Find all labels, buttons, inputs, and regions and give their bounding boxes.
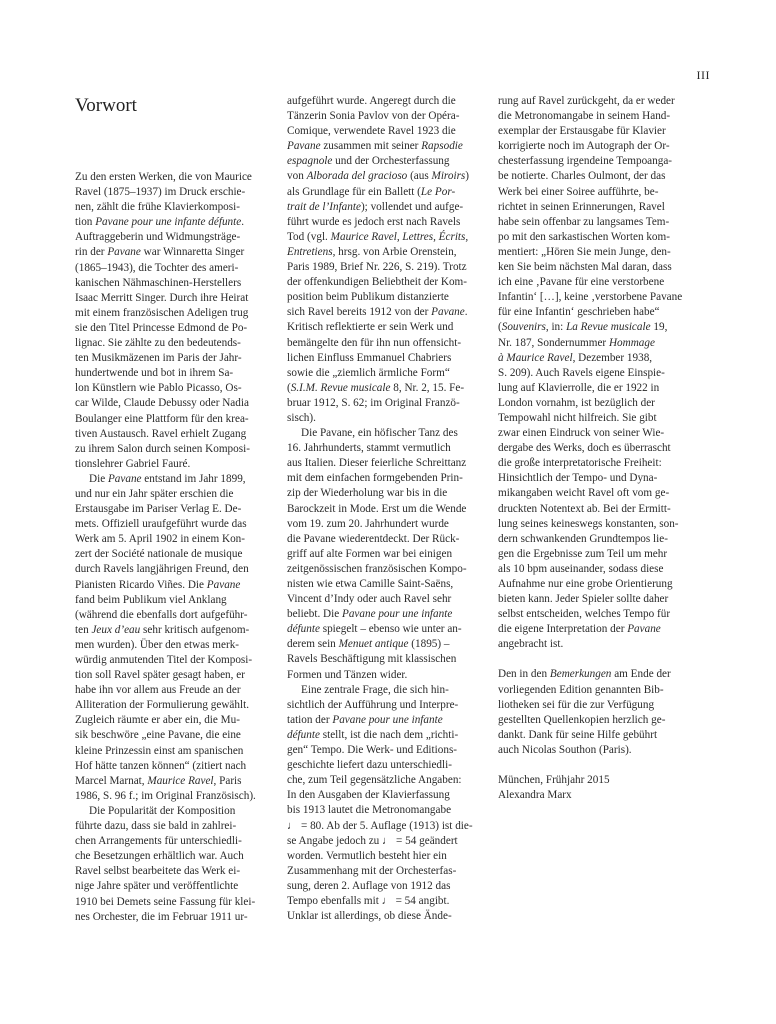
text-line: che Besetzungen erhältlich war. Auch bbox=[75, 849, 275, 864]
text-line: position beim Publikum distanzierte bbox=[287, 290, 487, 305]
text-line: und nur ein Jahr später erschien die bbox=[75, 487, 275, 502]
text-line: sichtlich der Aufführung und Interpre- bbox=[287, 698, 487, 713]
text-line: Comique, verwendete Ravel 1923 die bbox=[287, 124, 487, 139]
text-line: Aufnahme nur eine grobe Orientierung bbox=[498, 577, 702, 592]
page-title: Vorwort bbox=[75, 95, 137, 117]
text-line: selbst entscheiden, welches Tempo für bbox=[498, 607, 702, 622]
text-line: Vincent d’Indy oder auch Ravel sehr bbox=[287, 592, 487, 607]
text-line: che, zum Teil gegensätzliche Angaben: bbox=[287, 773, 487, 788]
text-line: nige Jahre später und veröffentlichte bbox=[75, 879, 275, 894]
text-line: zert der Société nationale de musique bbox=[75, 547, 275, 562]
text-line: mets. Offiziell uraufgeführt wurde das bbox=[75, 517, 275, 532]
text-line: angebracht ist. bbox=[498, 637, 702, 652]
text-line: aufgeführt wurde. Angeregt durch die bbox=[287, 94, 487, 109]
text-line: führt wurde es jedoch erst nach Ravels bbox=[287, 215, 487, 230]
text-line: die große interpretatorische Freiheit: bbox=[498, 456, 702, 471]
text-line: bruar 1912, S. 62; im Original Franzö- bbox=[287, 396, 487, 411]
text-line: tion soll Ravel später gesagt haben, er bbox=[75, 668, 275, 683]
text-line: Werk am 5. April 1902 in einem Kon- bbox=[75, 532, 275, 547]
text-line: Werk bei einer Soiree aufführte, be- bbox=[498, 185, 702, 200]
text-line: Erstausgabe im Pariser Verlag E. De- bbox=[75, 502, 275, 517]
text-line: ten Musikmäzenen im Paris der Jahr- bbox=[75, 351, 275, 366]
text-line: Nr. 187, Sondernummer Hommage bbox=[498, 336, 702, 351]
text-line: tionslehrer Gabriel Fauré. bbox=[75, 457, 275, 472]
text-line: aus Italien. Dieser feierliche Schreitta… bbox=[287, 456, 487, 471]
text-line: richtet in seinen Erinnerungen, Ravel bbox=[498, 200, 702, 215]
text-line: In den Ausgaben der Klavierfassung bbox=[287, 788, 487, 803]
text-line: mentiert: „Hören Sie mein Junge, den- bbox=[498, 245, 702, 260]
text-line: Paris 1989, Brief Nr. 226, S. 219). Trot… bbox=[287, 260, 487, 275]
text-line: Zu den ersten Werken, die von Maurice bbox=[75, 170, 275, 185]
text-line: Isaac Merritt Singer. Durch ihre Heirat bbox=[75, 291, 275, 306]
text-line: Die Pavane entstand im Jahr 1899, bbox=[75, 472, 275, 487]
text-line: nen, zählt die frühe Klavierkomposi- bbox=[75, 200, 275, 215]
text-line: lignac. Sie zählte zu den bedeutends- bbox=[75, 336, 275, 351]
text-line: beliebt. Die Pavane pour une infante bbox=[287, 607, 487, 622]
text-line: sie den Titel Princesse Edmond de Po- bbox=[75, 321, 275, 336]
text-line: (Souvenirs, in: La Revue musicale 19, bbox=[498, 320, 702, 335]
text-line: défunte spiegelt – ebenso wie unter an- bbox=[287, 622, 487, 637]
text-line: Den in den Bemerkungen am Ende der bbox=[498, 667, 702, 682]
text-line: durch Ravels langjährigen Freund, den bbox=[75, 562, 275, 577]
text-line: hundertwende und bot in ihrem Sa- bbox=[75, 366, 275, 381]
text-line: München, Frühjahr 2015 bbox=[498, 773, 702, 788]
text-line: auch Nicolas Southon (Paris). bbox=[498, 743, 702, 758]
text-line: Tänzerin Sonia Pavlov von der Opéra- bbox=[287, 109, 487, 124]
text-line: Entretiens, hrsg. von Arbie Orenstein, bbox=[287, 245, 487, 260]
text-line: London vornahm, ist bezüglich der bbox=[498, 396, 702, 411]
text-line: die eigene Interpretation der Pavane bbox=[498, 622, 702, 637]
text-line: dankt. Dank für seine Hilfe gebührt bbox=[498, 728, 702, 743]
text-line: Ravels Beschäftigung mit klassischen bbox=[287, 652, 487, 667]
text-line: Alliteration der Formulierung gewählt. bbox=[75, 698, 275, 713]
text-line: car Wilde, Claude Debussy oder Nadia bbox=[75, 396, 275, 411]
text-line: vorliegenden Edition genannten Bib- bbox=[498, 683, 702, 698]
text-line: habe sein offenbar zu langsames Tem- bbox=[498, 215, 702, 230]
text-line: Die Popularität der Komposition bbox=[75, 804, 275, 819]
text-line: ♩ = 80. Ab der 5. Auflage (1913) ist die… bbox=[287, 819, 487, 834]
text-line: von Alborada del gracioso (aus Miroirs) bbox=[287, 169, 487, 184]
text-line: rin der Pavane war Winnaretta Singer bbox=[75, 245, 275, 260]
text-line: bieten kann. Jeder Spieler sollte daher bbox=[498, 592, 702, 607]
text-line: kleine Prinzessin einst am spanischen bbox=[75, 744, 275, 759]
text-line: Infantin‘ […], keine ‚verstorbene Pavane bbox=[498, 290, 702, 305]
text-line: trait de l’Infante); vollendet und aufge… bbox=[287, 200, 487, 215]
text-line: dern schwankenden Grundtempos lie- bbox=[498, 532, 702, 547]
text-line: Barockzeit in Mode. Erst um die Wende bbox=[287, 502, 487, 517]
text-line: Die Pavane, ein höfischer Tanz des bbox=[287, 426, 487, 441]
text-line: zu ihrem Salon durch seinen Komposi- bbox=[75, 442, 275, 457]
text-line: chen Arrangements für unterschiedli- bbox=[75, 834, 275, 849]
text-line: (1865–1943), die Tochter des ameri- bbox=[75, 261, 275, 276]
text-line: sung, deren 2. Auflage von 1912 das bbox=[287, 879, 487, 894]
text-line: gen die Ergebnisse zum Teil um mehr bbox=[498, 547, 702, 562]
text-line: 16. Jahrhunderts, stammt vermutlich bbox=[287, 441, 487, 456]
text-line: gestellten Quellenkopien herzlich ge- bbox=[498, 713, 702, 728]
text-line: gen“ Tempo. Die Werk- und Editions- bbox=[287, 743, 487, 758]
text-line: liotheken sei für die zur Verfügung bbox=[498, 698, 702, 713]
text-line: sowie die „ziemlich ärmliche Form“ bbox=[287, 366, 487, 381]
text-line: zeitgenössischen französischen Kompo- bbox=[287, 562, 487, 577]
text-line: lung seines keineswegs konstanten, son- bbox=[498, 517, 702, 532]
text-line: tation der Pavane pour une infante bbox=[287, 713, 487, 728]
text-line: sisch). bbox=[287, 411, 487, 426]
text-line: (S.I.M. Revue musicale 8, Nr. 2, 15. Fe- bbox=[287, 381, 487, 396]
text-line: für eine Infantin‘ geschrieben habe“ bbox=[498, 305, 702, 320]
text-column-2: aufgeführt wurde. Angeregt durch dieTänz… bbox=[287, 94, 487, 924]
text-line: Zusammenhang mit der Orchesterfas- bbox=[287, 864, 487, 879]
text-line: habe ihn vor allem aus Freude an der bbox=[75, 683, 275, 698]
text-line: Tod (vgl. Maurice Ravel, Lettres, Écrits… bbox=[287, 230, 487, 245]
text-line: lung auf Klavierrolle, die er 1922 in bbox=[498, 381, 702, 396]
text-line: mit dem einfachen formgebenden Prin- bbox=[287, 471, 487, 486]
text-line: würdig anmutenden Titel der Komposi- bbox=[75, 653, 275, 668]
text-line: 1986, S. 96 f.; im Original Französisch)… bbox=[75, 789, 275, 804]
text-line: druckten Notentext ab. Bei der Ermitt- bbox=[498, 502, 702, 517]
text-line: lichen Einfluss Emmanuel Chabriers bbox=[287, 351, 487, 366]
text-line: Unklar ist allerdings, ob diese Ände- bbox=[287, 909, 487, 924]
text-line: kanischen Nähmaschinen-Herstellers bbox=[75, 276, 275, 291]
text-line: sich Ravel bereits 1912 von der Pavane. bbox=[287, 305, 487, 320]
text-line: mikangaben weicht Ravel oft vom ge- bbox=[498, 486, 702, 501]
text-line: Formen und Tänzen wider. bbox=[287, 668, 487, 683]
text-line: korrigierte noch im Autograph der Or- bbox=[498, 139, 702, 154]
text-line: der offenkundigen Beliebtheit der Kom- bbox=[287, 275, 487, 290]
text-line: Tempo ebenfalls mit ♩ = 54 angibt. bbox=[287, 894, 487, 909]
text-line: führte dazu, dass sie bald in zahlrei- bbox=[75, 819, 275, 834]
text-line: geschichte liefert dazu unterschiedli- bbox=[287, 758, 487, 773]
text-column-3: rung auf Ravel zurückgeht, da er wederdi… bbox=[498, 94, 702, 803]
text-line: Marcel Marnat, Maurice Ravel, Paris bbox=[75, 774, 275, 789]
text-line: griff auf alte Formen war bei einigen bbox=[287, 547, 487, 562]
text-line: worden. Vermutlich besteht hier ein bbox=[287, 849, 487, 864]
text-line: dergabe des Werks, doch es überrascht bbox=[498, 441, 702, 456]
text-line: Ravel selbst bearbeitete das Werk ei- bbox=[75, 864, 275, 879]
text-line: lon Künstlern wie Pablo Picasso, Os- bbox=[75, 381, 275, 396]
text-line: espagnole und der Orchesterfassung bbox=[287, 154, 487, 169]
text-line: die Pavane wiederentdeckt. Der Rück- bbox=[287, 532, 487, 547]
text-column-1: Zu den ersten Werken, die von MauriceRav… bbox=[75, 170, 275, 925]
text-line: Ravel (1875–1937) im Druck erschie- bbox=[75, 185, 275, 200]
text-line: Zugleich räumte er aber ein, die Mu- bbox=[75, 713, 275, 728]
text-line: rung auf Ravel zurückgeht, da er weder bbox=[498, 94, 702, 109]
text-line: Auftraggeberin und Widmungsträge- bbox=[75, 230, 275, 245]
text-line: Kritisch reflektierte er sein Werk und bbox=[287, 320, 487, 335]
text-line: nes Orchester, die im Februar 1911 ur- bbox=[75, 910, 275, 925]
text-line: ken Sie beim nächsten Mal daran, dass bbox=[498, 260, 702, 275]
text-line: men wurden). Über den etwas merk- bbox=[75, 638, 275, 653]
text-line: à Maurice Ravel, Dezember 1938, bbox=[498, 351, 702, 366]
text-line: be notierte. Charles Oulmont, der das bbox=[498, 169, 702, 184]
text-line: Eine zentrale Frage, die sich hin- bbox=[287, 683, 487, 698]
text-line: exemplar der Erstausgabe für Klavier bbox=[498, 124, 702, 139]
text-line: po mit den sarkastischen Worten kom- bbox=[498, 230, 702, 245]
text-line: vom 19. zum 20. Jahrhundert wurde bbox=[287, 517, 487, 532]
text-line: ten Jeux d’eau sehr kritisch aufgenom- bbox=[75, 623, 275, 638]
text-line: Boulanger eine Plattform für den krea- bbox=[75, 412, 275, 427]
text-line: S. 209). Auch Ravels eigene Einspie- bbox=[498, 366, 702, 381]
text-line: Hinsichtlich der Tempo- und Dyna- bbox=[498, 471, 702, 486]
text-line: Alexandra Marx bbox=[498, 788, 702, 803]
text-line: tiven Austausch. Ravel erhielt Zugang bbox=[75, 427, 275, 442]
page-number: III bbox=[697, 68, 711, 83]
text-line: bis 1913 lautet die Metronomangabe bbox=[287, 803, 487, 818]
text-line: tion Pavane pour une infante défunte. bbox=[75, 215, 275, 230]
text-line: als Grundlage für ein Ballett (Le Por- bbox=[287, 185, 487, 200]
text-line: Pianisten Ricardo Viñes. Die Pavane bbox=[75, 578, 275, 593]
text-line: sik beschwöre „eine Pavane, die eine bbox=[75, 728, 275, 743]
text-line: bemängelte den für ihn nun offensicht- bbox=[287, 336, 487, 351]
text-line: chesterfassung irgendeine Tempoanga- bbox=[498, 154, 702, 169]
text-line: Pavane zusammen mit seiner Rapsodie bbox=[287, 139, 487, 154]
text-line: zwar einen Eindruck von seiner Wie- bbox=[498, 426, 702, 441]
text-line: Tempowahl nicht hilfreich. Sie gibt bbox=[498, 411, 702, 426]
text-line: ich eine ‚Pavane für eine verstorbene bbox=[498, 275, 702, 290]
text-line: zip der Wiederholung war bis in die bbox=[287, 486, 487, 501]
text-line: fand beim Publikum viel Anklang bbox=[75, 593, 275, 608]
text-line: nisten wie etwa Camille Saint-Saëns, bbox=[287, 577, 487, 592]
text-line: mit einem französischen Adeligen trug bbox=[75, 306, 275, 321]
text-line: défunte stellt, ist die nach dem „richti… bbox=[287, 728, 487, 743]
text-line: die Metronomangabe in seinem Hand- bbox=[498, 109, 702, 124]
text-line: se Angabe jedoch zu ♩ = 54 geändert bbox=[287, 834, 487, 849]
text-line: (während die ebenfalls dort aufgeführ- bbox=[75, 608, 275, 623]
text-line: 1910 bei Demets seine Fassung für klei- bbox=[75, 895, 275, 910]
text-line: Hof hätte tanzen können“ (zitiert nach bbox=[75, 759, 275, 774]
text-line: derem sein Menuet antique (1895) – bbox=[287, 637, 487, 652]
text-line: als 10 bpm auseinander, sodass diese bbox=[498, 562, 702, 577]
